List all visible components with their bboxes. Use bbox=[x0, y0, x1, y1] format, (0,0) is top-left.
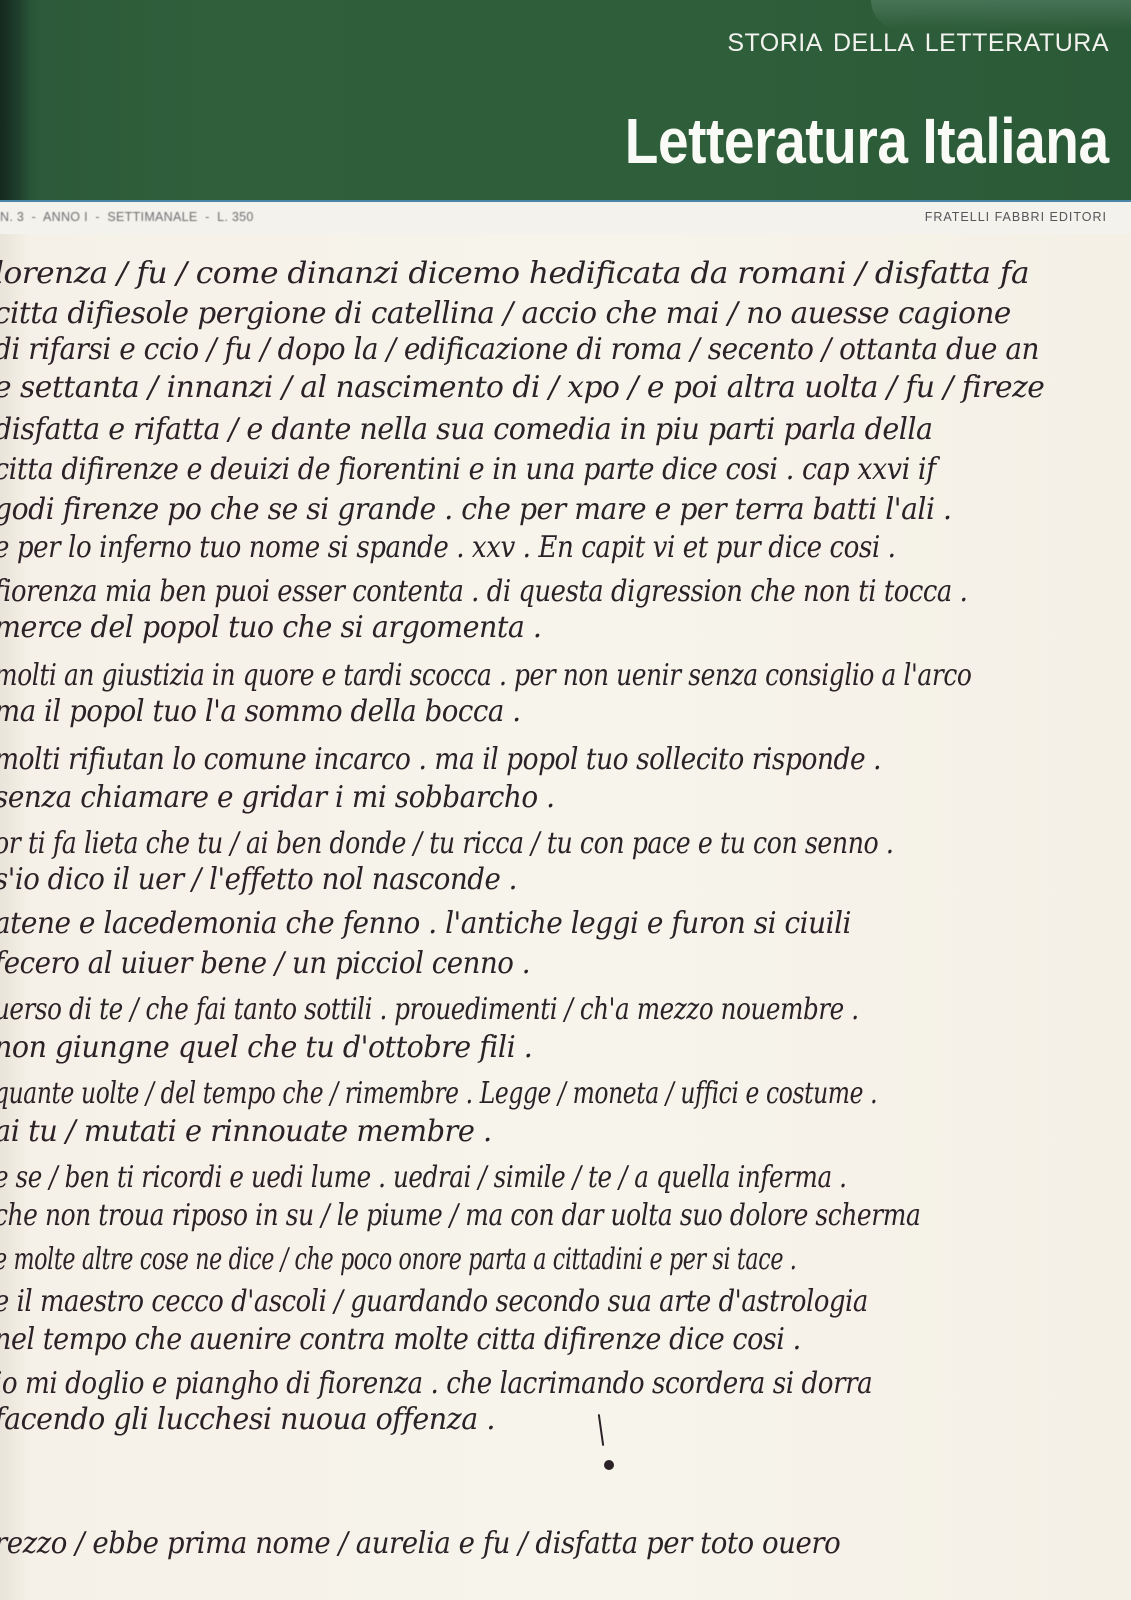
pen-stroke bbox=[598, 1414, 604, 1446]
manuscript-line: e se / ben ti ricordi e uedi lume . uedr… bbox=[0, 1160, 847, 1195]
publisher-name: FRATELLI FABBRI EDITORI bbox=[925, 210, 1107, 224]
main-title: Letteratura Italiana bbox=[625, 104, 1109, 178]
manuscript-line: quante uolte / del tempo che / rimembre … bbox=[0, 1076, 877, 1111]
manuscript-line: non giungne quel che tu d'ottobre fili . bbox=[0, 1030, 532, 1065]
cover-header: STORIA DELLA LETTERATURA Letteratura Ita… bbox=[0, 0, 1131, 200]
manuscript-line: atene e lacedemonia che fenno . l'antich… bbox=[0, 906, 851, 941]
manuscript-line: citta difiesole pergione di catellina / … bbox=[0, 296, 1011, 331]
manuscript-line: molti rifiutan lo comune incarco . ma il… bbox=[0, 742, 881, 777]
manuscript-line: uerso di te / che fai tanto sottili . pr… bbox=[0, 992, 859, 1027]
manuscript-line: rezzo / ebbe prima nome / aurelia e fu /… bbox=[0, 1526, 840, 1561]
manuscript-line: e settanta / innanzi / al nascimento di … bbox=[0, 370, 1044, 405]
manuscript-line: senza chiamare e gridar i mi sobbarcho . bbox=[0, 780, 555, 815]
manuscript-line: io mi doglio e piangho di fiorenza . che… bbox=[0, 1366, 872, 1401]
manuscript-line: disfatta e rifatta / e dante nella sua c… bbox=[0, 412, 933, 447]
manuscript-line: s'io dico il uer / l'effetto nol nascond… bbox=[0, 862, 517, 897]
manuscript-line: ai tu / mutati e rinnouate membre . bbox=[0, 1114, 492, 1149]
manuscript-line: fiorenza mia ben puoi esser contenta . d… bbox=[0, 574, 967, 609]
manuscript-line: e il maestro cecco d'ascoli / guardando … bbox=[0, 1284, 868, 1319]
manuscript-line: or ti fa lieta che tu / ai ben donde / t… bbox=[0, 826, 893, 861]
manuscript-line: citta difirenze e deuizi de fiorentini e… bbox=[0, 452, 936, 487]
series-title: STORIA DELLA LETTERATURA bbox=[727, 29, 1109, 58]
manuscript-line: nel tempo che auenire contra molte citta… bbox=[0, 1322, 801, 1357]
manuscript-line: godi firenze po che se si grande . che p… bbox=[0, 492, 952, 527]
issue-info: N. 3 - ANNO I - SETTIMANALE - L. 350 bbox=[0, 210, 254, 224]
manuscript-line: facendo gli lucchesi nuoua offenza . bbox=[0, 1402, 495, 1437]
manuscript-line: che non troua riposo in su / le piume / … bbox=[0, 1198, 920, 1233]
manuscript-line: merce del popol tuo che si argomenta . bbox=[0, 610, 542, 645]
ink-dot bbox=[604, 1460, 614, 1470]
manuscript-line: e molte altre cose ne dice / che poco on… bbox=[0, 1242, 796, 1277]
manuscript-line: lorenza / fu / come dinanzi dicemo hedif… bbox=[0, 256, 1029, 291]
issue-info-strip: N. 3 - ANNO I - SETTIMANALE - L. 350 FRA… bbox=[0, 200, 1131, 234]
manuscript-page: lorenza / fu / come dinanzi dicemo hedif… bbox=[0, 234, 1131, 1600]
manuscript-line: molti an giustizia in quore e tardi scoc… bbox=[0, 658, 971, 693]
manuscript-line: fecero al uiuer bene / un picciol cenno … bbox=[0, 946, 530, 981]
manuscript-line: ma il popol tuo l'a sommo della bocca . bbox=[0, 694, 521, 729]
manuscript-line: e per lo inferno tuo nome si spande . xx… bbox=[0, 530, 896, 565]
manuscript-line: di rifarsi e ccio / fu / dopo la / edifi… bbox=[0, 332, 1039, 367]
